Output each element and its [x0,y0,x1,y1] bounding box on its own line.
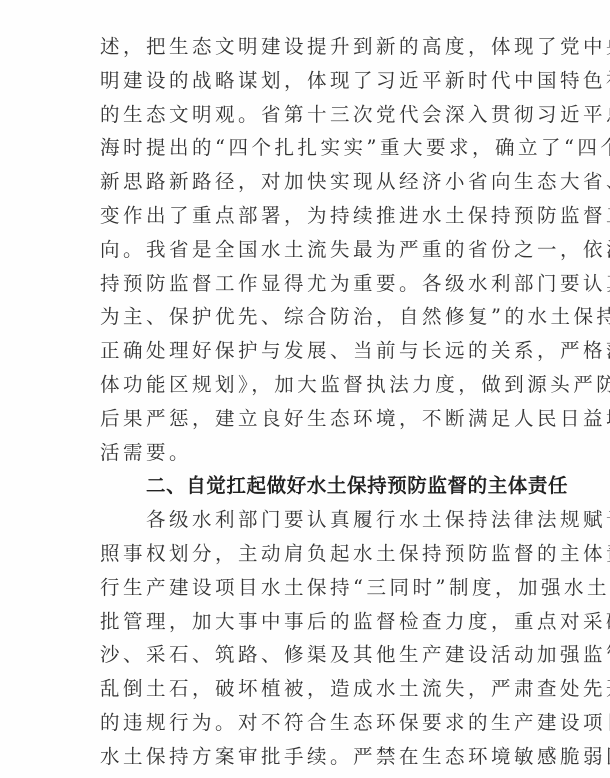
text-line: 水土保持方案审批手续。严禁在生态环境敏感脆弱区域进行开发 [100,740,542,774]
text-line: 的生态文明观。省第十三次党代会深入贯彻习近平总书记视察青 [100,98,542,132]
text-line: 体功能区规划》，加大监督执法力度，做到源头严防，过程严管， [100,368,542,402]
text-line: 批管理，加大事中事后的监督检查力度，重点对采矿、取土、挖 [100,605,542,639]
text-line: 的违规行为。对不符合生态环保要求的生产建设项目，不予办理 [100,706,542,740]
text-line: 正确处理好保护与发展、当前与长远的关系，严格落实《全省主 [100,334,542,368]
text-line: 活需要。 [100,436,542,470]
text-line: 变作出了重点部署，为持续推进水土保持预防监督工作指明了方 [100,199,542,233]
text-line: 乱倒土石，破坏植被，造成水土流失，严肃查处先开发、后治理 [100,672,542,706]
paragraph-2: 各级水利部门要认真履行水土保持法律法规赋予的职责，按 照事权划分，主动肩负起水土… [100,503,542,773]
document-page: 述，把生态文明建设提升到新的高度，体现了党中央推动生态文 明建设的战略谋划，体现… [0,0,610,778]
text-line: 各级水利部门要认真履行水土保持法律法规赋予的职责，按 [100,503,542,537]
paragraph-1: 述，把生态文明建设提升到新的高度，体现了党中央推动生态文 明建设的战略谋划，体现… [100,30,542,469]
text-line: 新思路新路径，对加快实现从经济小省向生态大省、生态强省转 [100,165,542,199]
text-line: 后果严惩，建立良好生态环境，不断满足人民日益增长的美好生 [100,402,542,436]
text-line: 述，把生态文明建设提升到新的高度，体现了党中央推动生态文 [100,30,542,64]
text-line: 海时提出的“四个扎扎实实”重大要求，确立了“四个转变”的 [100,131,542,165]
text-line: 明建设的战略谋划，体现了习近平新时代中国特色社会主义思想 [100,64,542,98]
text-line: 行生产建设项目水土保持“三同时”制度，加强水土保持方案审 [100,571,542,605]
text-line: 向。我省是全国水土流失最为严重的省份之一，依法加强水土保 [100,233,542,267]
text-line: 为主、保护优先、综合防治，自然修复”的水土保持工作思路， [100,300,542,334]
text-line: 持预防监督工作显得尤为重要。各级水利部门要认真践行“预防 [100,267,542,301]
document-body: 述，把生态文明建设提升到新的高度，体现了党中央推动生态文 明建设的战略谋划，体现… [100,30,542,774]
text-line: 照事权划分，主动肩负起水土保持预防监督的主体责任，严格执 [100,537,542,571]
text-line: 沙、采石、筑路、修渠及其他生产建设活动加强监管，防止乱挖 [100,638,542,672]
section-heading: 二、自觉扛起做好水土保持预防监督的主体责任 [100,469,542,503]
